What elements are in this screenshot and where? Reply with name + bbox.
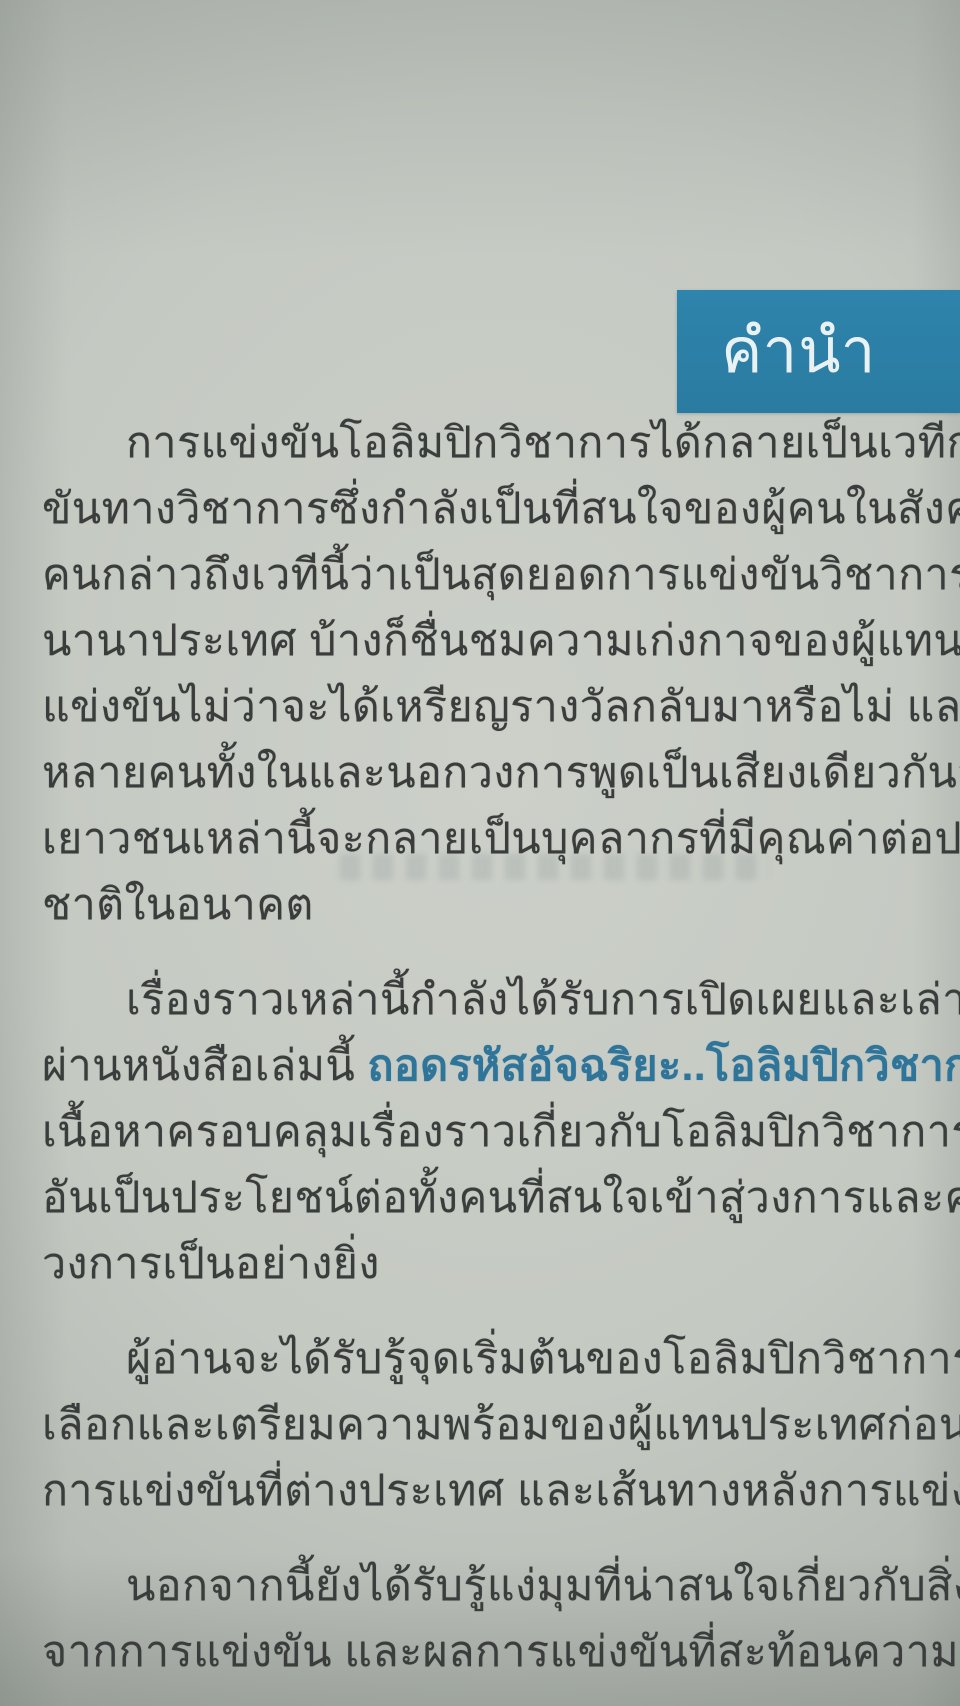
- text-line: แข่งขันไม่ว่าจะได้เหรียญรางวัลกลับมาหรือ…: [42, 674, 918, 740]
- chapter-header-banner: คำนำ: [677, 290, 960, 413]
- text-line: ขันทางวิชาการซึ่งกำลังเป็นที่สนใจของผู้ค…: [42, 476, 918, 542]
- page-title: คำนำ: [721, 321, 877, 383]
- text-line: เนื้อหาครอบคลุมเรื่องราวเกี่ยวกับโอลิมปิ…: [42, 1099, 918, 1165]
- text-line: เรื่องราวเหล่านี้กำลังได้รับการเปิดเผยแล…: [42, 967, 918, 1033]
- text-line: วงการเป็นอย่างยิ่ง: [42, 1231, 918, 1297]
- text-line: นอกจากนี้ยังได้รับรู้แง่มุมที่น่าสนใจเกี…: [42, 1553, 918, 1619]
- text-line: ชาติในอนาคต: [42, 872, 918, 938]
- text-line: เลือกและเตรียมความพร้อมของผู้แทนประเทศก่…: [42, 1392, 918, 1458]
- book-page-photo: คำนำ การแข่งขันโอลิมปิกวิชาการได้กลายเป็…: [0, 0, 960, 1706]
- paragraph-3: ผู้อ่านจะได้รับรู้จุดเริ่มต้นของโอลิมปิก…: [42, 1326, 918, 1524]
- book-title-highlight: ถอดรหัสอัจฉริยะ..โอลิมปิกวิชาการ: [367, 1042, 960, 1090]
- paragraph-2: เรื่องราวเหล่านี้กำลังได้รับการเปิดเผยแล…: [42, 967, 918, 1297]
- text-line: การแข่งขันที่ต่างประเทศ และเส้นทางหลังกา…: [42, 1458, 918, 1524]
- text-line: ผู้อ่านจะได้รับรู้จุดเริ่มต้นของโอลิมปิก…: [42, 1326, 918, 1392]
- text-line: เยาวชนเหล่านี้จะกลายเป็นบุคลากรที่มีคุณค…: [42, 806, 918, 872]
- text-segment: ผ่านหนังสือเล่มนี้: [42, 1042, 367, 1090]
- paragraph-1: การแข่งขันโอลิมปิกวิชาการได้กลายเป็นเวที…: [42, 410, 918, 938]
- text-line: จากการแข่งขัน และผลการแข่งขันที่สะท้อนคว…: [42, 1619, 918, 1685]
- preface-body: การแข่งขันโอลิมปิกวิชาการได้กลายเป็นเวที…: [42, 410, 918, 1706]
- text-line: คนกล่าวถึงเวทีนี้ว่าเป็นสุดยอดการแข่งขัน…: [42, 542, 918, 608]
- text-line: นานาประเทศ บ้างก็ชื่นชมความเก่งกาจของผู้…: [42, 608, 918, 674]
- text-line-with-book-title: ผ่านหนังสือเล่มนี้ ถอดรหัสอัจฉริยะ..โอลิ…: [42, 1033, 918, 1099]
- paragraph-4: นอกจากนี้ยังได้รับรู้แง่มุมที่น่าสนใจเกี…: [42, 1553, 918, 1685]
- text-line: อันเป็นประโยชน์ต่อทั้งคนที่สนใจเข้าสู่วง…: [42, 1165, 918, 1231]
- text-line: การแข่งขันโอลิมปิกวิชาการได้กลายเป็นเวที…: [42, 410, 918, 476]
- text-line: หลายคนทั้งในและนอกวงการพูดเป็นเสียงเดียว…: [42, 740, 918, 806]
